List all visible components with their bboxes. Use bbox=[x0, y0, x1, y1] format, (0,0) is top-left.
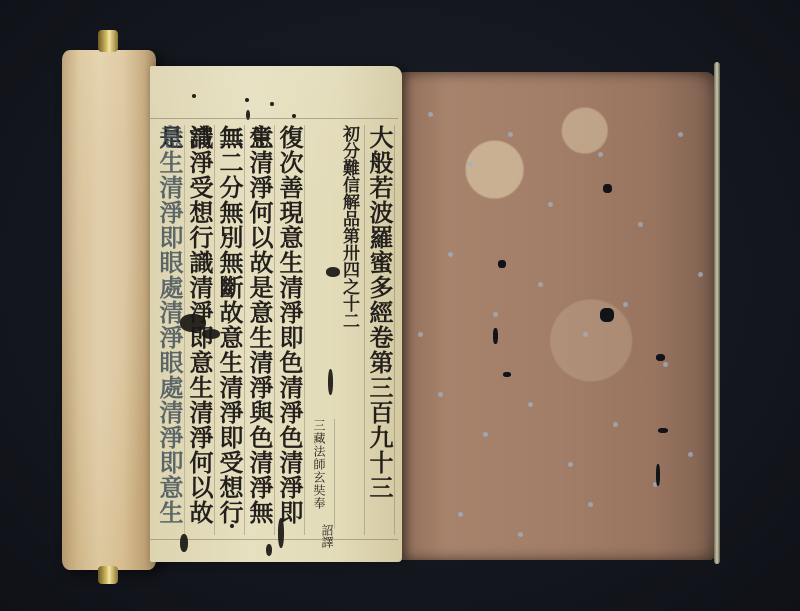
text-column-3: 無二分無別無斷故意生清淨即受想行識 bbox=[214, 125, 245, 535]
translator-credit: 三藏法師玄奘奉 bbox=[312, 419, 326, 510]
text-grid: 大般若波羅蜜多經卷第三百九十三 初分難信解品第卅四之十二 三藏法師玄奘奉 詔譯 … bbox=[150, 118, 398, 540]
text-column-5-partial: 意生清淨即眼處清淨眼處清淨即意生 bbox=[154, 125, 185, 535]
roller-knob-bottom bbox=[98, 566, 118, 584]
scroll-end-edge bbox=[714, 62, 720, 564]
text-column-2: 生清淨何以故是意生清淨與色清淨無二 bbox=[244, 125, 275, 535]
translator-credit-wrap: 三藏法師玄奘奉 bbox=[304, 419, 335, 529]
sutra-title: 大般若波羅蜜多經卷第三百九十三 bbox=[364, 125, 395, 535]
sutra-text-panel: 大般若波羅蜜多經卷第三百九十三 初分難信解品第卅四之十二 三藏法師玄奘奉 詔譯 … bbox=[150, 66, 402, 562]
translator-credit-end: 詔譯 bbox=[304, 524, 334, 554]
roller-knob-top bbox=[98, 30, 118, 52]
scroll-roller bbox=[62, 50, 156, 570]
chapter-heading: 初分難信解品第卅四之十二 bbox=[334, 125, 365, 535]
text-column-1: 復次善現意生清淨即色清淨色清淨即意 bbox=[274, 125, 305, 535]
mounting-paper bbox=[398, 72, 720, 560]
